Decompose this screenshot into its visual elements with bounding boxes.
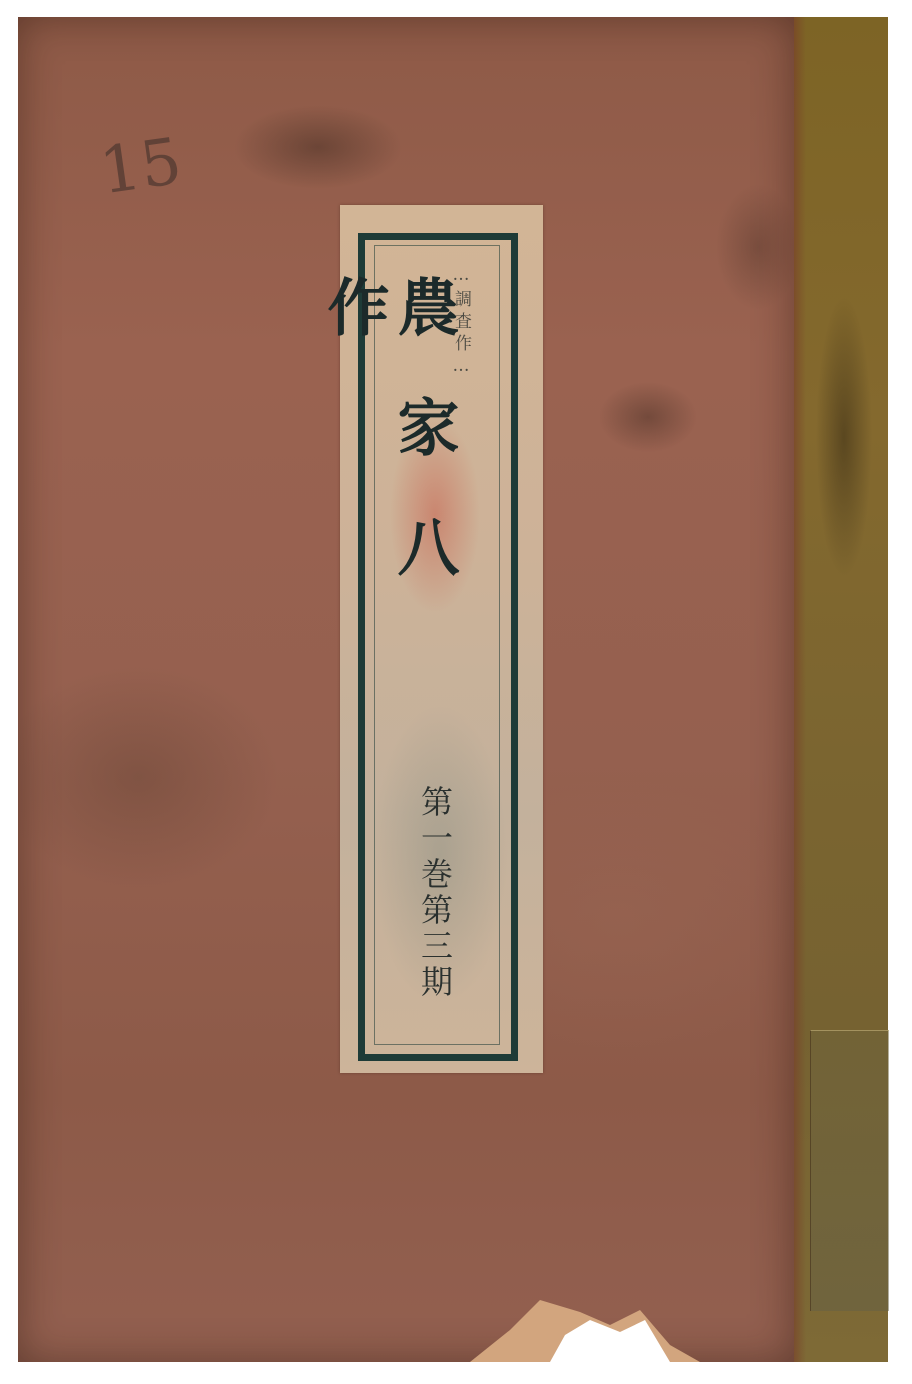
title-label: 農家八作 …調査作… 第一巻第三期 [340, 205, 543, 1073]
book-title: 農家八作 [388, 275, 458, 735]
torn-corner [470, 1290, 700, 1362]
handwritten-mark: 15 [95, 125, 186, 210]
volume-number: 第一巻第三期 [418, 785, 458, 1025]
spine-repair-patch [810, 1030, 889, 1311]
book-subtitle: …調査作… [450, 265, 474, 625]
